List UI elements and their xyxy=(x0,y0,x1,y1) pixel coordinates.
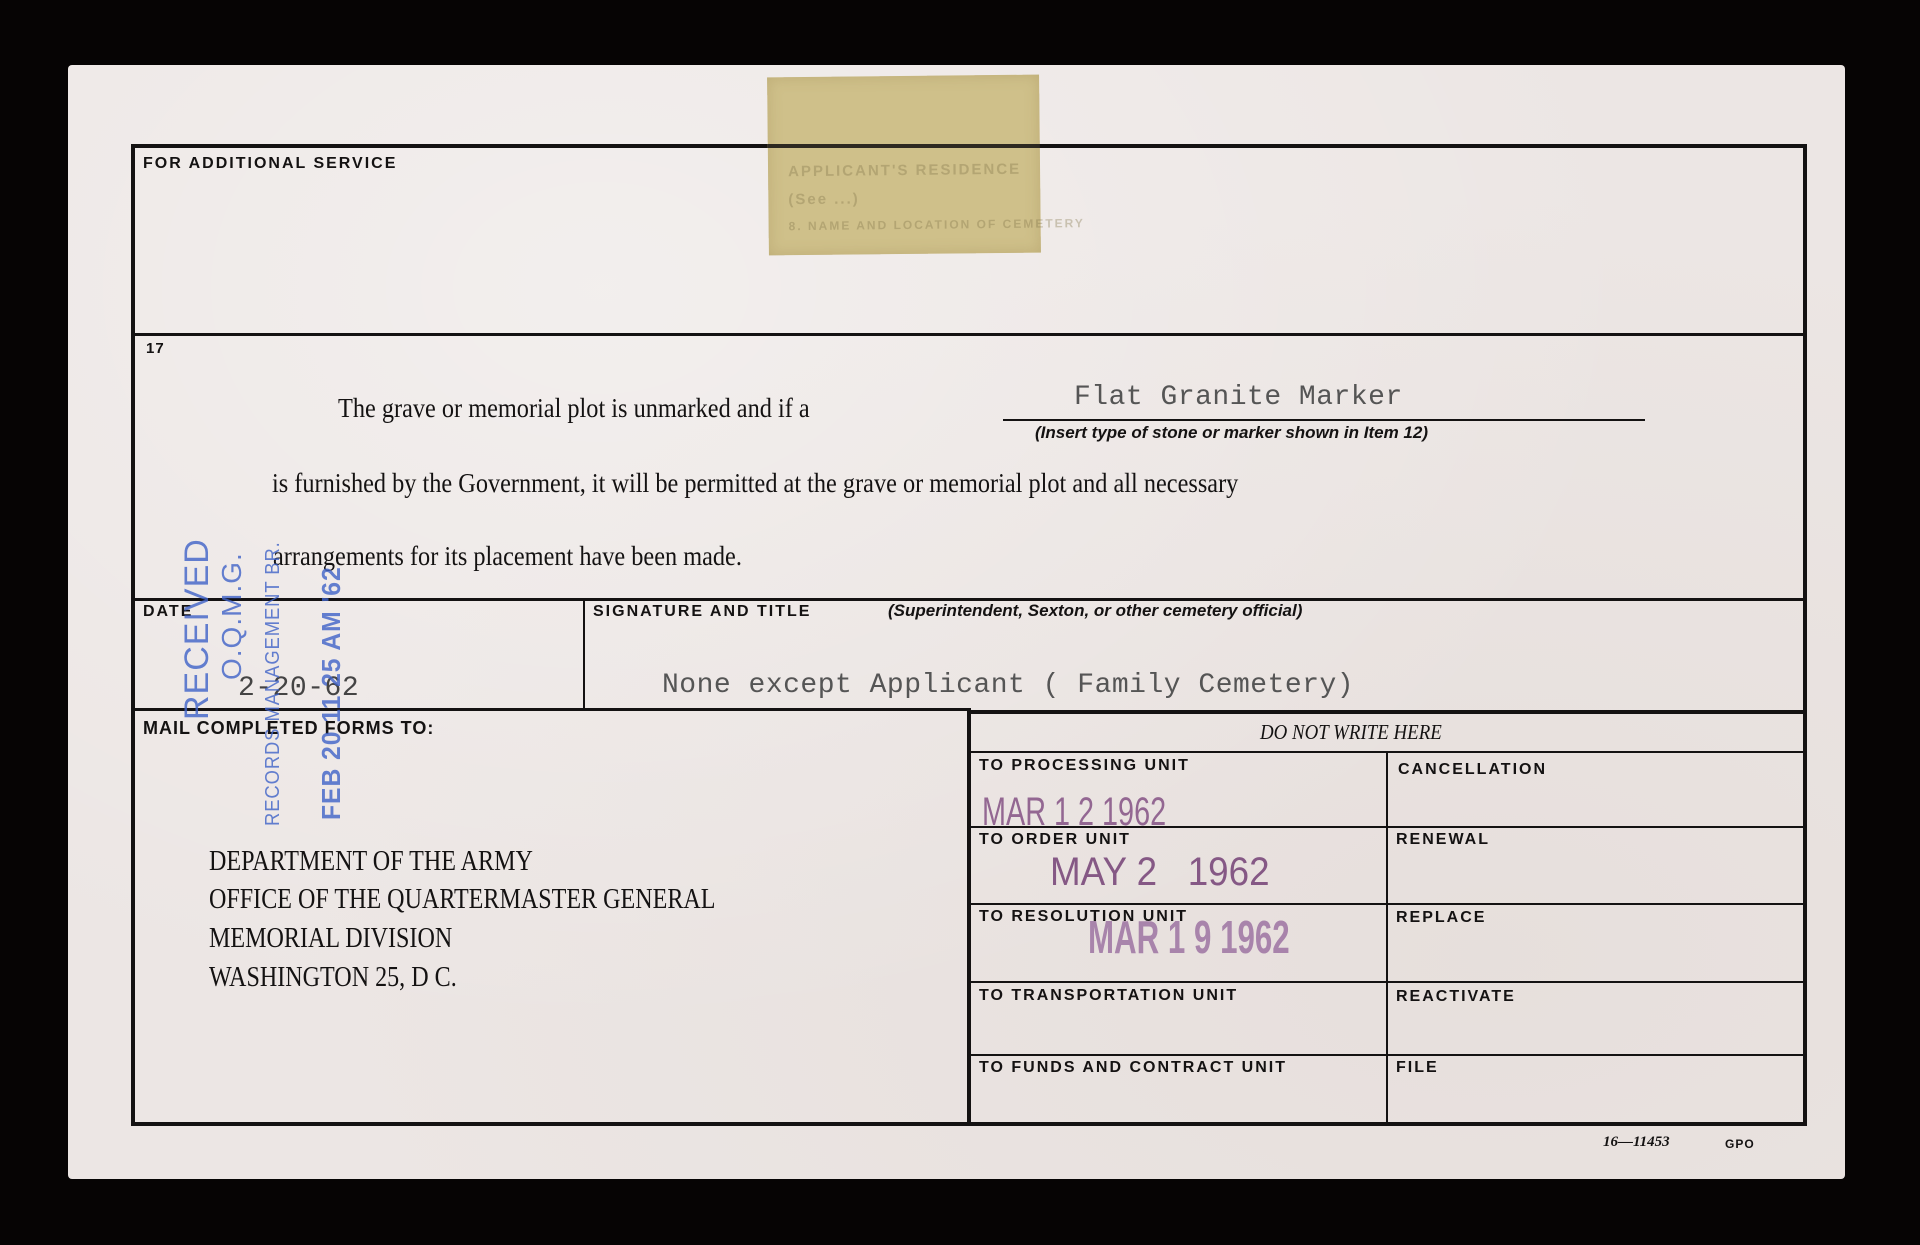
printer-mark: GPO xyxy=(1725,1137,1755,1151)
reactivate-label: REACTIVATE xyxy=(1396,988,1516,1006)
form-number: 16—11453 xyxy=(1603,1134,1670,1151)
resolution-date-stamp: MAR 1 9 1962 xyxy=(1088,910,1290,964)
adhesive-tape: APPLICANT'S RESIDENCE (See ...) 8. NAME … xyxy=(767,75,1041,256)
signature-field[interactable]: None except Applicant ( Family Cemetery) xyxy=(662,670,1354,701)
processing-date-stamp: MAR 1 2 1962 xyxy=(982,790,1166,835)
divider-mail-row xyxy=(131,708,971,711)
funds-contract-unit-label: TO FUNDS AND CONTRACT UNIT xyxy=(979,1059,1287,1077)
frame-top-over-tape xyxy=(768,144,1040,148)
renewal-label: RENEWAL xyxy=(1396,831,1490,849)
marker-type-caption: (Insert type of stone or marker shown in… xyxy=(1035,423,1428,443)
transportation-unit-label: TO TRANSPORTATION UNIT xyxy=(979,987,1238,1005)
divider-date-signature xyxy=(583,598,585,710)
address-line-4: WASHINGTON 25, D C. xyxy=(209,962,457,994)
received-stamp-line-1: RECEIVED xyxy=(178,538,217,720)
replace-label: REPLACE xyxy=(1396,909,1486,927)
additional-service-label: FOR ADDITIONAL SERVICE xyxy=(143,155,397,173)
received-stamp-line-2: O.Q.M.G. xyxy=(216,552,248,680)
office-box-header: DO NOT WRITE HERE xyxy=(1260,720,1442,745)
office-box-left-border xyxy=(967,710,971,1124)
marker-type-underline xyxy=(1003,419,1645,421)
tape-ghost-line-3: 8. NAME AND LOCATION OF CEMETERY xyxy=(789,216,1085,233)
signature-caption: (Superintendent, Sexton, or other cemete… xyxy=(888,601,1302,621)
address-line-2: OFFICE OF THE QUARTERMASTER GENERAL xyxy=(209,884,715,916)
tape-ghost-line-2: (See ...) xyxy=(788,190,860,208)
office-box-top-border xyxy=(967,710,1807,714)
mail-label: MAIL COMPLETED FORMS TO: xyxy=(143,718,434,739)
office-box-column-divider xyxy=(1386,752,1388,1124)
signature-label: SIGNATURE AND TITLE xyxy=(593,603,811,621)
address-line-3: MEMORIAL DIVISION xyxy=(209,923,452,955)
received-stamp-line-4: FEB 20 11 25 AM '62 xyxy=(316,566,347,820)
received-stamp-line-3: RECORDS MANAGEMENT BR. xyxy=(262,541,285,826)
tape-ghost-line-1: APPLICANT'S RESIDENCE xyxy=(788,161,1021,180)
file-label: FILE xyxy=(1396,1059,1439,1077)
processing-unit-label: TO PROCESSING UNIT xyxy=(979,757,1190,775)
address-line-1: DEPARTMENT OF THE ARMY xyxy=(209,846,533,878)
statement-line-1: The grave or memorial plot is unmarked a… xyxy=(338,393,810,424)
statement-line-2: is furnished by the Government, it will … xyxy=(272,468,1238,499)
divider-item17 xyxy=(131,333,1807,336)
item-number-label: 17 xyxy=(146,340,165,357)
order-date-stamp: MAY 2 1962 xyxy=(1050,850,1270,895)
marker-type-field[interactable]: Flat Granite Marker xyxy=(1074,382,1403,413)
cancellation-label: CANCELLATION xyxy=(1398,761,1547,779)
